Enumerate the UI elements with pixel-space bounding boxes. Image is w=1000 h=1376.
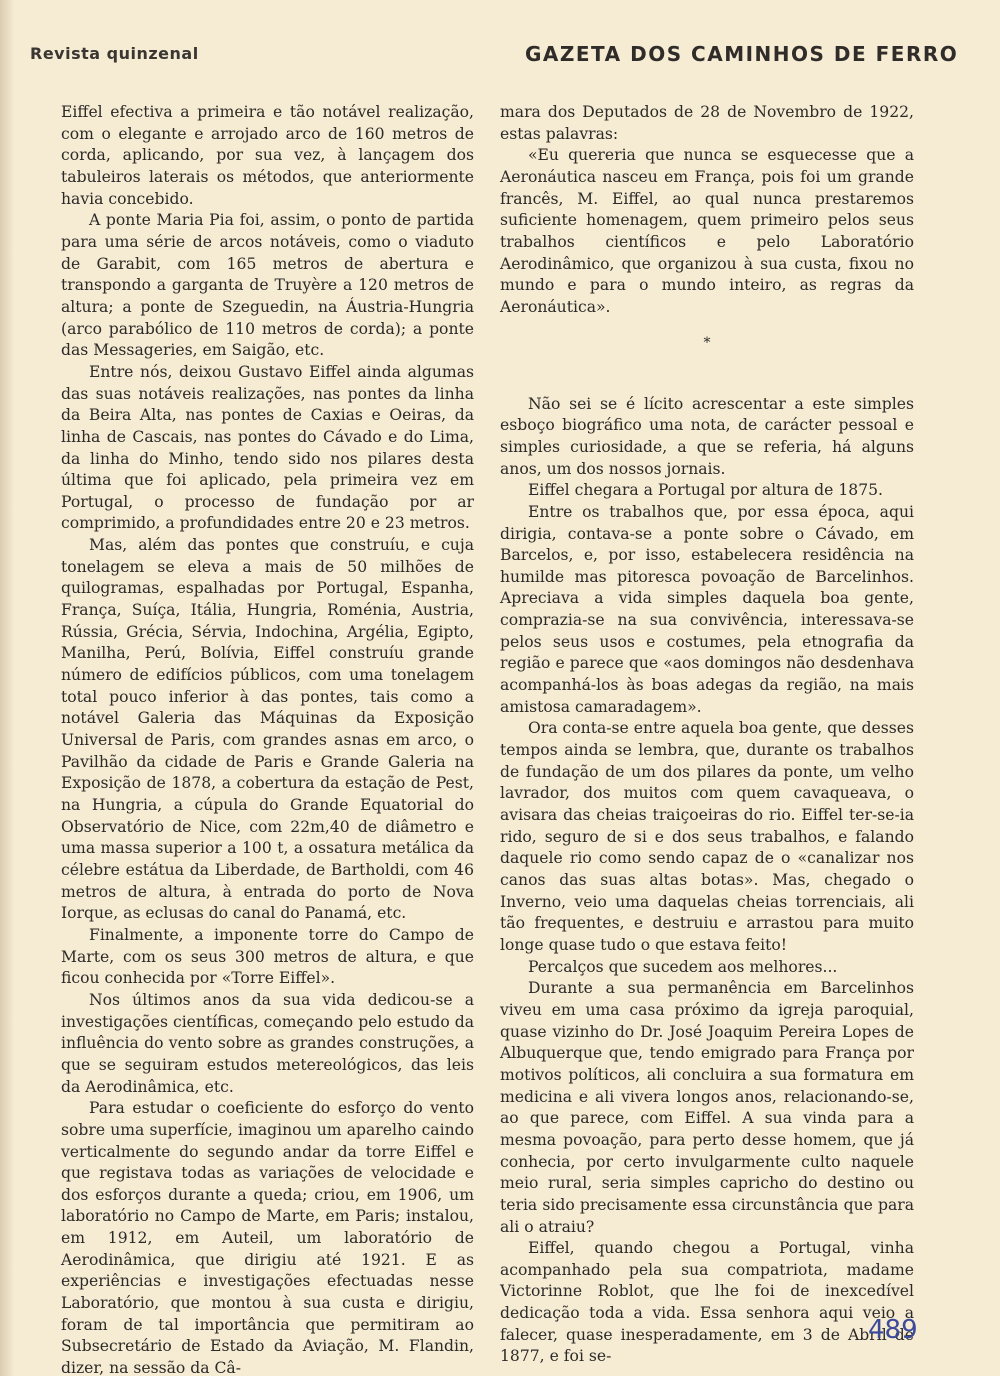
section-separator-asterisk: * <box>500 333 914 354</box>
paragraph: Eiffel efectiva a primeira e tão notável… <box>61 102 474 210</box>
page-number: 489 <box>868 1315 918 1345</box>
paragraph: Percalços que sucedem aos melhores... <box>500 957 914 979</box>
left-column: Eiffel efectiva a primeira e tão notável… <box>61 102 474 1376</box>
paragraph: Eiffel, quando chegou a Portugal, vinha … <box>500 1238 914 1368</box>
running-header: Revista quinzenal GAZETA DOS CAMINHOS DE… <box>0 44 1000 74</box>
paragraph: Finalmente, a imponente torre do Campo d… <box>61 925 474 990</box>
paragraph: Durante a sua permanência em Barcelinhos… <box>500 978 914 1238</box>
paragraph: Ora conta-se entre aquela boa gente, que… <box>500 718 914 956</box>
paragraph: Nos últimos anos da sua vida dedicou-se … <box>61 990 474 1098</box>
right-column: mara dos Deputados de 28 de Novembro de … <box>500 102 914 1368</box>
quote-paragraph: «Eu quereria que nunca se esquecesse que… <box>500 145 914 318</box>
paragraph: Para estudar o coeficiente do esforço do… <box>61 1098 474 1376</box>
header-left-title: Revista quinzenal <box>30 44 199 63</box>
paragraph: mara dos Deputados de 28 de Novembro de … <box>500 102 914 145</box>
paragraph: Não sei se é lícito acrescentar a este s… <box>500 394 914 481</box>
paragraph: Entre os trabalhos que, por essa época, … <box>500 502 914 719</box>
paragraph: Mas, além das pontes que construíu, e cu… <box>61 535 474 925</box>
paragraph: Entre nós, deixou Gustavo Eiffel ainda a… <box>61 362 474 535</box>
header-right-title: GAZETA DOS CAMINHOS DE FERRO <box>525 42 958 66</box>
paragraph: Eiffel chegara a Portugal por altura de … <box>500 480 914 502</box>
paragraph: A ponte Maria Pia foi, assim, o ponto de… <box>61 210 474 362</box>
page-binding-edge <box>0 0 14 1376</box>
